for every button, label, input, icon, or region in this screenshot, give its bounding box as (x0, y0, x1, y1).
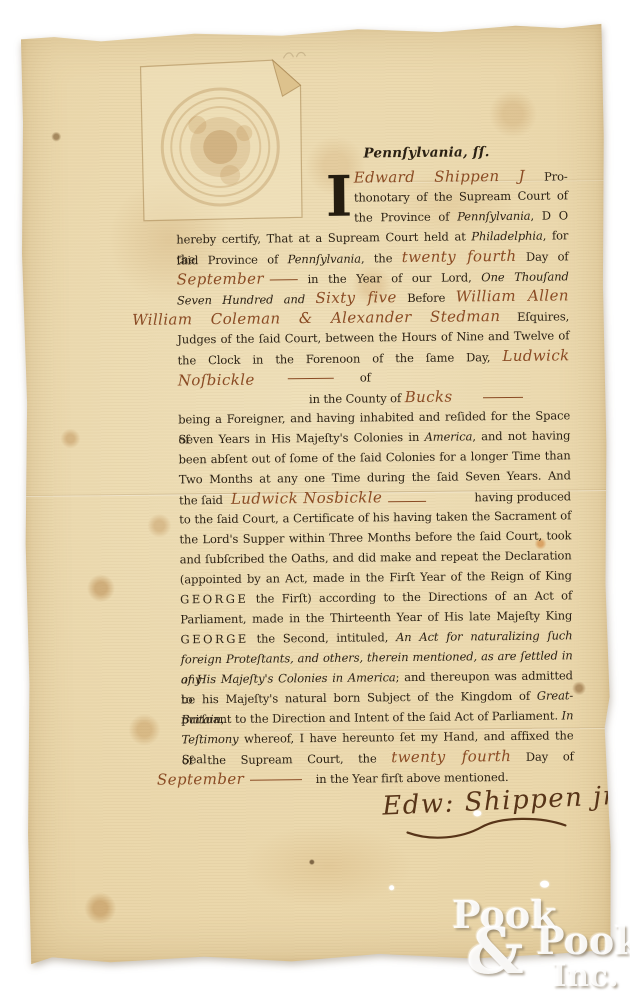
printed-italic-text: Seven Hundred and (177, 292, 316, 307)
printed-text: in the Year firſt above mentioned. (312, 770, 509, 786)
photo-background: Pennſylvania, ſſ. I Edward Shippen J Pro… (0, 0, 630, 1000)
printed-text: , D O (530, 208, 568, 222)
printed-text: thonotary of the Supream Court of (354, 188, 568, 204)
printed-text: hereby certify, That at a Supream Court … (176, 229, 471, 246)
handwritten-text: twenty fourth (391, 747, 511, 766)
printed-text: be his Majeſty's natural born Subject of… (181, 689, 537, 707)
printed-italic-text: In (562, 708, 574, 722)
printed-text: the ſaid (179, 490, 223, 510)
printed-text: in the Year of our Lord, (298, 270, 482, 286)
printed-italic-text: Philadelphia (471, 229, 542, 244)
watermark-word: Pook (536, 918, 630, 963)
handwritten-text: twenty fourth (402, 247, 517, 266)
printed-text: Day of (511, 749, 574, 764)
printed-italic-text: One Thouſand (481, 269, 569, 284)
printed-text: Parliament, made in the Thirteenth Year … (180, 608, 572, 626)
document-lines: Edward Shippen J Pro-thonotary of the Su… (176, 165, 574, 789)
ink-dash (270, 279, 298, 280)
printed-caps-text: GEORGE (180, 632, 248, 647)
ink-dash (388, 501, 426, 502)
white-fleck (389, 885, 394, 890)
handwritten-text: William Coleman & Alexander Stedman (132, 307, 500, 329)
printed-text: Two Months at any one Time during the ſa… (179, 468, 571, 486)
printed-text: and ſubſcribed the Oaths, and did make a… (180, 548, 572, 566)
printed-caps-text: GEORGE (180, 592, 248, 607)
document-paper: Pennſylvania, ſſ. I Edward Shippen J Pro… (19, 23, 613, 965)
ink-dash (250, 779, 302, 781)
printed-text: Eſquires, (500, 309, 569, 324)
text-line: Two Months at any one Time during the ſa… (179, 465, 571, 489)
printed-text: purſuant to the Direction and Intent of … (181, 708, 561, 726)
faint-pencil-mark (281, 48, 307, 62)
printed-text: to the ſaid Court, a Certificate of his … (179, 508, 571, 526)
printed-text: Pro- (544, 169, 568, 183)
printed-italic-text: Teſtimony (181, 732, 238, 747)
printed-italic-text: of His Majeſty's Colonies in America (181, 670, 396, 686)
printed-text: been abſent out of ſome of the ſaid Colo… (179, 448, 571, 466)
document-text: Pennſylvania, ſſ. I Edward Shippen J Pro… (175, 139, 574, 820)
printed-italic-text: Pennſylvania (457, 209, 531, 224)
watermark-ampersand: & (466, 914, 524, 989)
printed-italic-text: An Act for naturalizing ſuch (396, 628, 573, 644)
handwritten-text: Edward Shippen J (354, 167, 545, 187)
handwritten-text: Sixty five (315, 288, 397, 307)
handwritten-text: William Allen (456, 286, 569, 305)
text-line: the Clock in the Forenoon of the ſame Da… (177, 345, 569, 369)
printed-text: of the Supream Court, the (182, 751, 392, 767)
handwritten-text: September (177, 270, 264, 289)
printed-text: the Clock in the Forenoon of the ſame Da… (178, 350, 503, 367)
printed-italic-text: America (424, 429, 472, 443)
printed-text: the Province of (354, 210, 457, 225)
ink-dash (288, 378, 334, 379)
printed-text: the Lord's Supper within Three Months be… (179, 528, 571, 546)
printed-text: the Second, intituled, (249, 630, 396, 646)
ink-dash (483, 397, 523, 398)
printed-text: (appointed by an Act, made in the Firſt … (180, 568, 572, 586)
printed-text: , and not having (472, 428, 570, 443)
auction-house-watermark: Pook & Pook Inc. (440, 878, 630, 1000)
printed-text: Day of (516, 249, 568, 264)
text-line: of the Supream Court, the twenty fourth … (182, 745, 574, 769)
gap (426, 501, 474, 502)
printed-text: , the (361, 251, 402, 265)
printed-text: ſaid Province of (176, 252, 287, 267)
handwritten-text: Bucks (405, 388, 453, 407)
printed-text: having produced (474, 486, 571, 507)
printed-text: Seven Years in His Majeſty's Colonies in (178, 430, 424, 447)
printed-text: of (360, 370, 371, 384)
printed-text: the Firſt) according to the Directions o… (248, 588, 572, 605)
printed-italic-text: Pennſylvania (287, 252, 361, 267)
printed-text: in the County of (309, 391, 405, 406)
document-header: Pennſylvania, ſſ. (363, 139, 567, 167)
printed-text: Before (397, 291, 456, 306)
watermark-word: Inc. (552, 958, 619, 994)
handwritten-text: Ludwick Nosbickle (231, 487, 383, 509)
white-fleck (473, 810, 481, 816)
drop-cap: I (326, 172, 353, 222)
printed-text: Judges of the ſaid Court, between the Ho… (177, 328, 569, 346)
handwritten-text: September (157, 770, 244, 789)
